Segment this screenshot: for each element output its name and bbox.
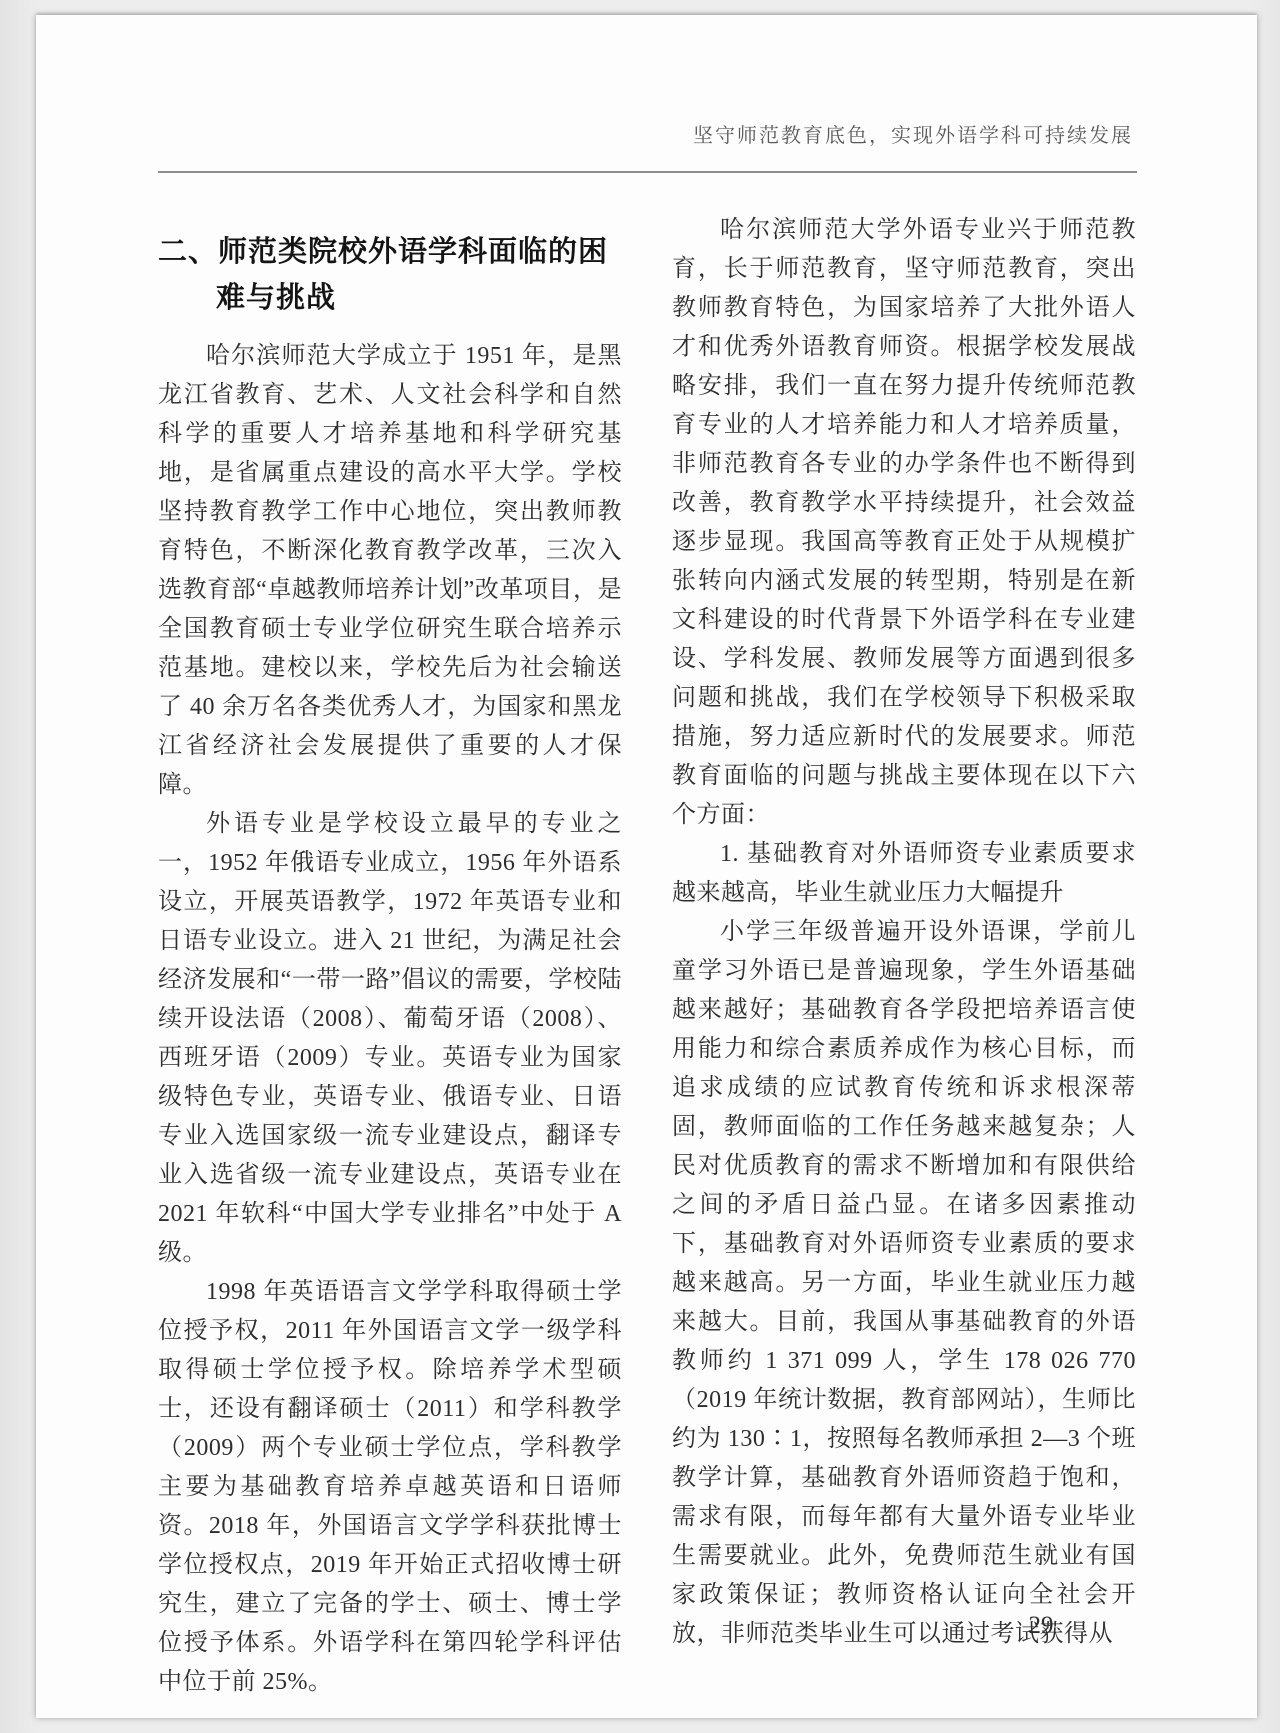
right-column: 哈尔滨师范大学外语专业兴于师范教育，长于师范教育，坚守师范教育，突出教师教育特色… bbox=[672, 211, 1136, 1702]
left-column: 二、师范类院校外语学科面临的困难与挑战 哈尔滨师范大学成立于 1951 年，是黑… bbox=[158, 211, 622, 1702]
paragraph: 哈尔滨师范大学成立于 1951 年，是黑龙江省教育、艺术、人文社会科学和自然科学… bbox=[158, 337, 622, 805]
paragraph: 哈尔滨师范大学外语专业兴于师范教育，长于师范教育，坚守师范教育，突出教师教育特色… bbox=[672, 211, 1136, 835]
document-page: 坚守师范教育底色，实现外语学科可持续发展 二、师范类院校外语学科面临的困难与挑战… bbox=[36, 15, 1257, 1718]
scan-background: 坚守师范教育底色，实现外语学科可持续发展 二、师范类院校外语学科面临的困难与挑战… bbox=[0, 0, 1280, 1733]
paragraph: 外语专业是学校设立最早的专业之一，1952 年俄语专业成立，1956 年外语系设… bbox=[158, 805, 622, 1273]
section-heading: 二、师范类院校外语学科面临的困难与挑战 bbox=[158, 229, 622, 321]
two-column-body: 二、师范类院校外语学科面临的困难与挑战 哈尔滨师范大学成立于 1951 年，是黑… bbox=[158, 211, 1136, 1702]
running-title: 坚守师范教育底色，实现外语学科可持续发展 bbox=[693, 119, 1133, 148]
paragraph: 1998 年英语语言文学学科取得硕士学位授予权，2011 年外国语言文学一级学科… bbox=[158, 1273, 622, 1702]
numbered-subheading: 1. 基础教育对外语师资专业素质要求越来越高，毕业生就业压力大幅提升 bbox=[672, 835, 1136, 913]
header-rule bbox=[158, 171, 1137, 173]
paragraph: 小学三年级普遍开设外语课，学前儿童学习外语已是普遍现象，学生外语基础越来越好；基… bbox=[672, 913, 1136, 1654]
page-number: 29 bbox=[1001, 1612, 1081, 1640]
